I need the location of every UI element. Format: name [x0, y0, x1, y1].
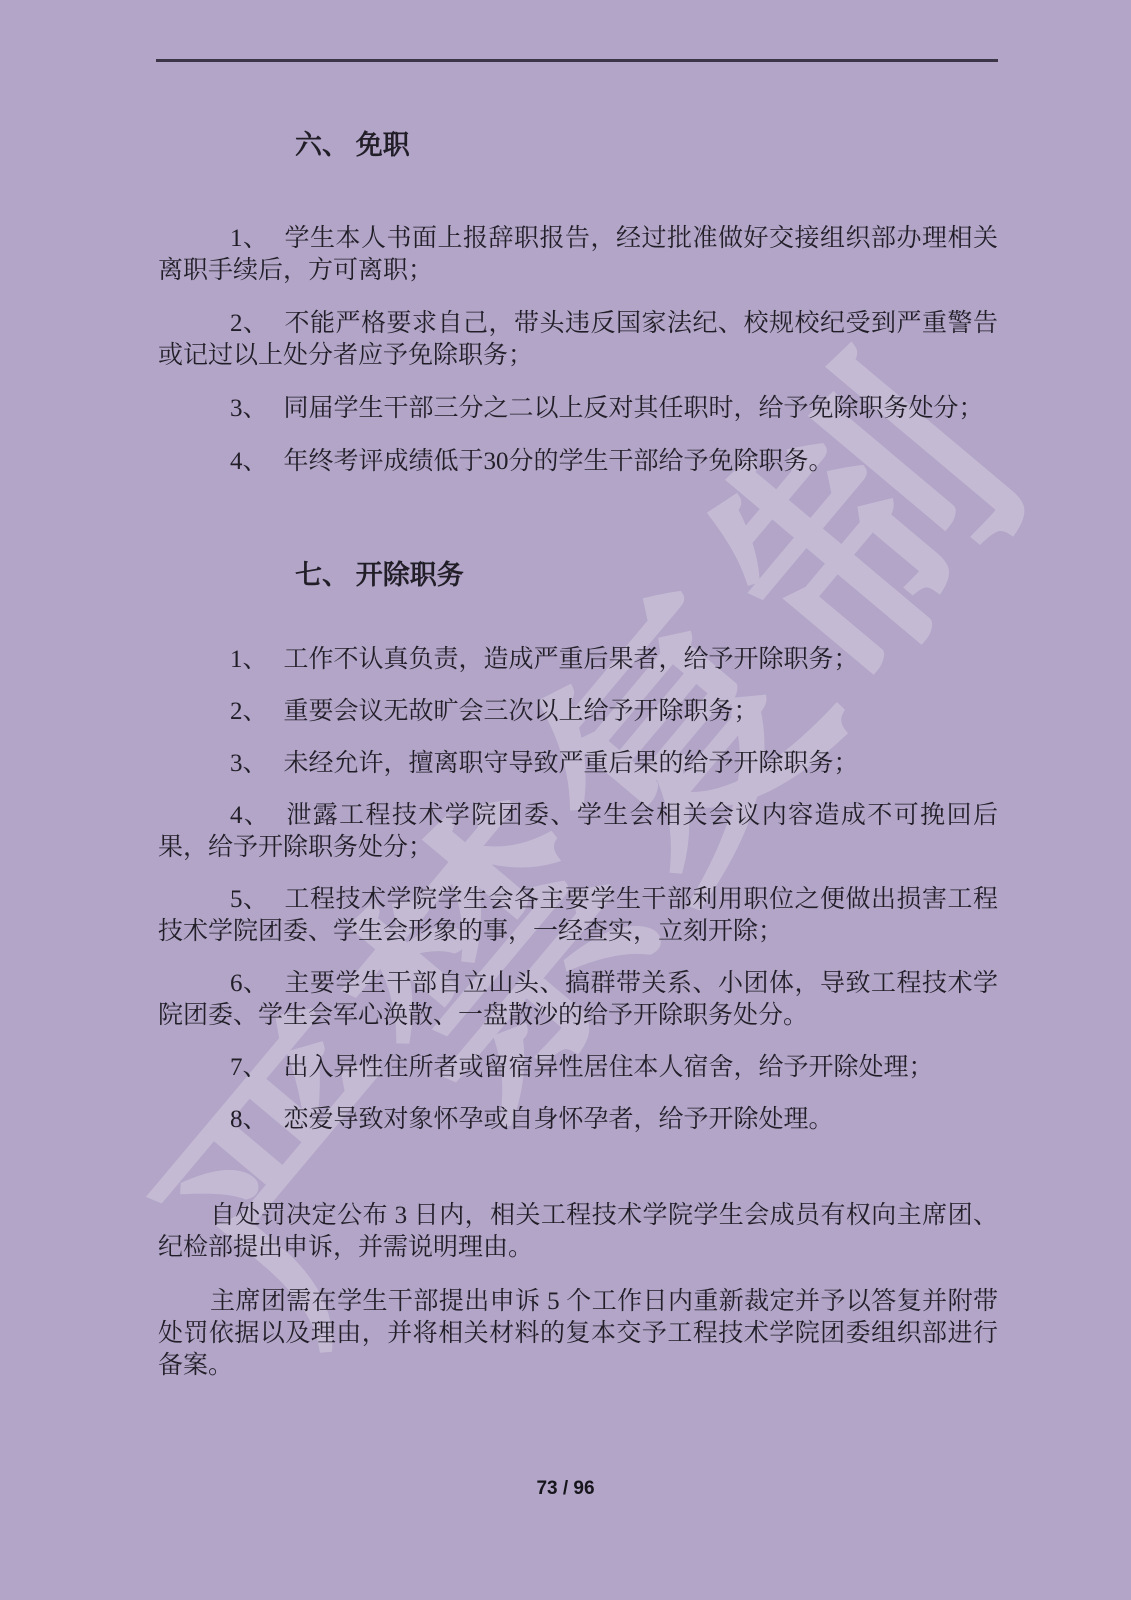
list-item: 5、工程技术学院学生会各主要学生干部利用职位之便做出损害工程技术学院团委、学生会… — [158, 884, 998, 948]
item-text: 重要会议无故旷会三次以上给予开除职务； — [284, 698, 759, 725]
item-text: 工程技术学院学生会各主要学生干部利用职位之便做出损害工程技术学院团委、学生会形象… — [158, 886, 998, 945]
closing-paragraph: 自处罚决定公布 3 日内，相关工程技术学院学生会成员有权向主席团、纪检部提出申诉… — [158, 1200, 998, 1264]
item-number: 3、 — [230, 750, 268, 777]
item-text: 出入异性住所者或留宿异性居住本人宿舍，给予开除处理； — [284, 1054, 934, 1081]
section-heading-6: 六、 免职 — [158, 130, 998, 160]
page-number: 73 / 96 — [0, 1478, 1131, 1500]
item-text: 未经允许，擅离职守导致严重后果的给予开除职务； — [284, 750, 859, 777]
document-page: 严禁复制 六、 免职 1、学生本人书面上报辞职报告，经过批准做好交接组织部办理相… — [0, 0, 1131, 1600]
document-content: 六、 免职 1、学生本人书面上报辞职报告，经过批准做好交接组织部办理相关离职手续… — [158, 0, 998, 1382]
item-number: 8、 — [230, 1106, 268, 1133]
item-text: 年终考评成绩低于30分的学生干部给予免除职务。 — [284, 448, 834, 475]
item-number: 7、 — [230, 1054, 268, 1081]
list-item: 2、不能严格要求自己，带头违反国家法纪、校规校纪受到严重警告或记过以上处分者应予… — [158, 308, 998, 372]
item-text: 同届学生干部三分之二以上反对其任职时，给予免除职务处分； — [284, 395, 984, 422]
item-text: 不能严格要求自己，带头违反国家法纪、校规校纪受到严重警告或记过以上处分者应予免除… — [158, 310, 998, 369]
list-item: 4、泄露工程技术学院团委、学生会相关会议内容造成不可挽回后果，给予开除职务处分； — [158, 800, 998, 864]
section-heading-7: 七、 开除职务 — [158, 560, 998, 590]
item-number: 1、 — [230, 225, 269, 252]
item-number: 4、 — [230, 448, 268, 475]
item-text: 学生本人书面上报辞职报告，经过批准做好交接组织部办理相关离职手续后，方可离职； — [158, 225, 998, 284]
item-number: 2、 — [230, 310, 269, 337]
list-item: 1、工作不认真负责，造成严重后果者，给予开除职务； — [158, 644, 998, 676]
item-text: 泄露工程技术学院团委、学生会相关会议内容造成不可挽回后果，给予开除职务处分； — [158, 802, 998, 861]
list-item: 1、学生本人书面上报辞职报告，经过批准做好交接组织部办理相关离职手续后，方可离职… — [158, 223, 998, 287]
list-item: 7、出入异性住所者或留宿异性居住本人宿舍，给予开除处理； — [158, 1052, 998, 1084]
item-number: 2、 — [230, 698, 268, 725]
item-text: 主要学生干部自立山头、搞群带关系、小团体，导致工程技术学院团委、学生会军心涣散、… — [158, 970, 998, 1029]
item-number: 5、 — [230, 886, 269, 913]
list-item: 8、恋爱导致对象怀孕或自身怀孕者，给予开除处理。 — [158, 1104, 998, 1136]
item-text: 工作不认真负责，造成严重后果者，给予开除职务； — [284, 646, 859, 673]
closing-paragraph: 主席团需在学生干部提出申诉 5 个工作日内重新裁定并予以答复并附带处罚依据以及理… — [158, 1286, 998, 1382]
item-number: 4、 — [230, 802, 270, 829]
list-item: 6、主要学生干部自立山头、搞群带关系、小团体，导致工程技术学院团委、学生会军心涣… — [158, 968, 998, 1032]
section-6-items: 1、学生本人书面上报辞职报告，经过批准做好交接组织部办理相关离职手续后，方可离职… — [158, 223, 998, 478]
item-number: 6、 — [230, 970, 269, 997]
list-item: 3、同届学生干部三分之二以上反对其任职时，给予免除职务处分； — [158, 393, 998, 425]
item-number: 1、 — [230, 646, 268, 673]
list-item: 2、重要会议无故旷会三次以上给予开除职务； — [158, 696, 998, 728]
section-7-items: 1、工作不认真负责，造成严重后果者，给予开除职务； 2、重要会议无故旷会三次以上… — [158, 644, 998, 1136]
item-text: 恋爱导致对象怀孕或自身怀孕者，给予开除处理。 — [284, 1106, 834, 1133]
list-item: 3、未经允许，擅离职守导致严重后果的给予开除职务； — [158, 748, 998, 780]
item-number: 3、 — [230, 395, 268, 422]
list-item: 4、年终考评成绩低于30分的学生干部给予免除职务。 — [158, 446, 998, 478]
